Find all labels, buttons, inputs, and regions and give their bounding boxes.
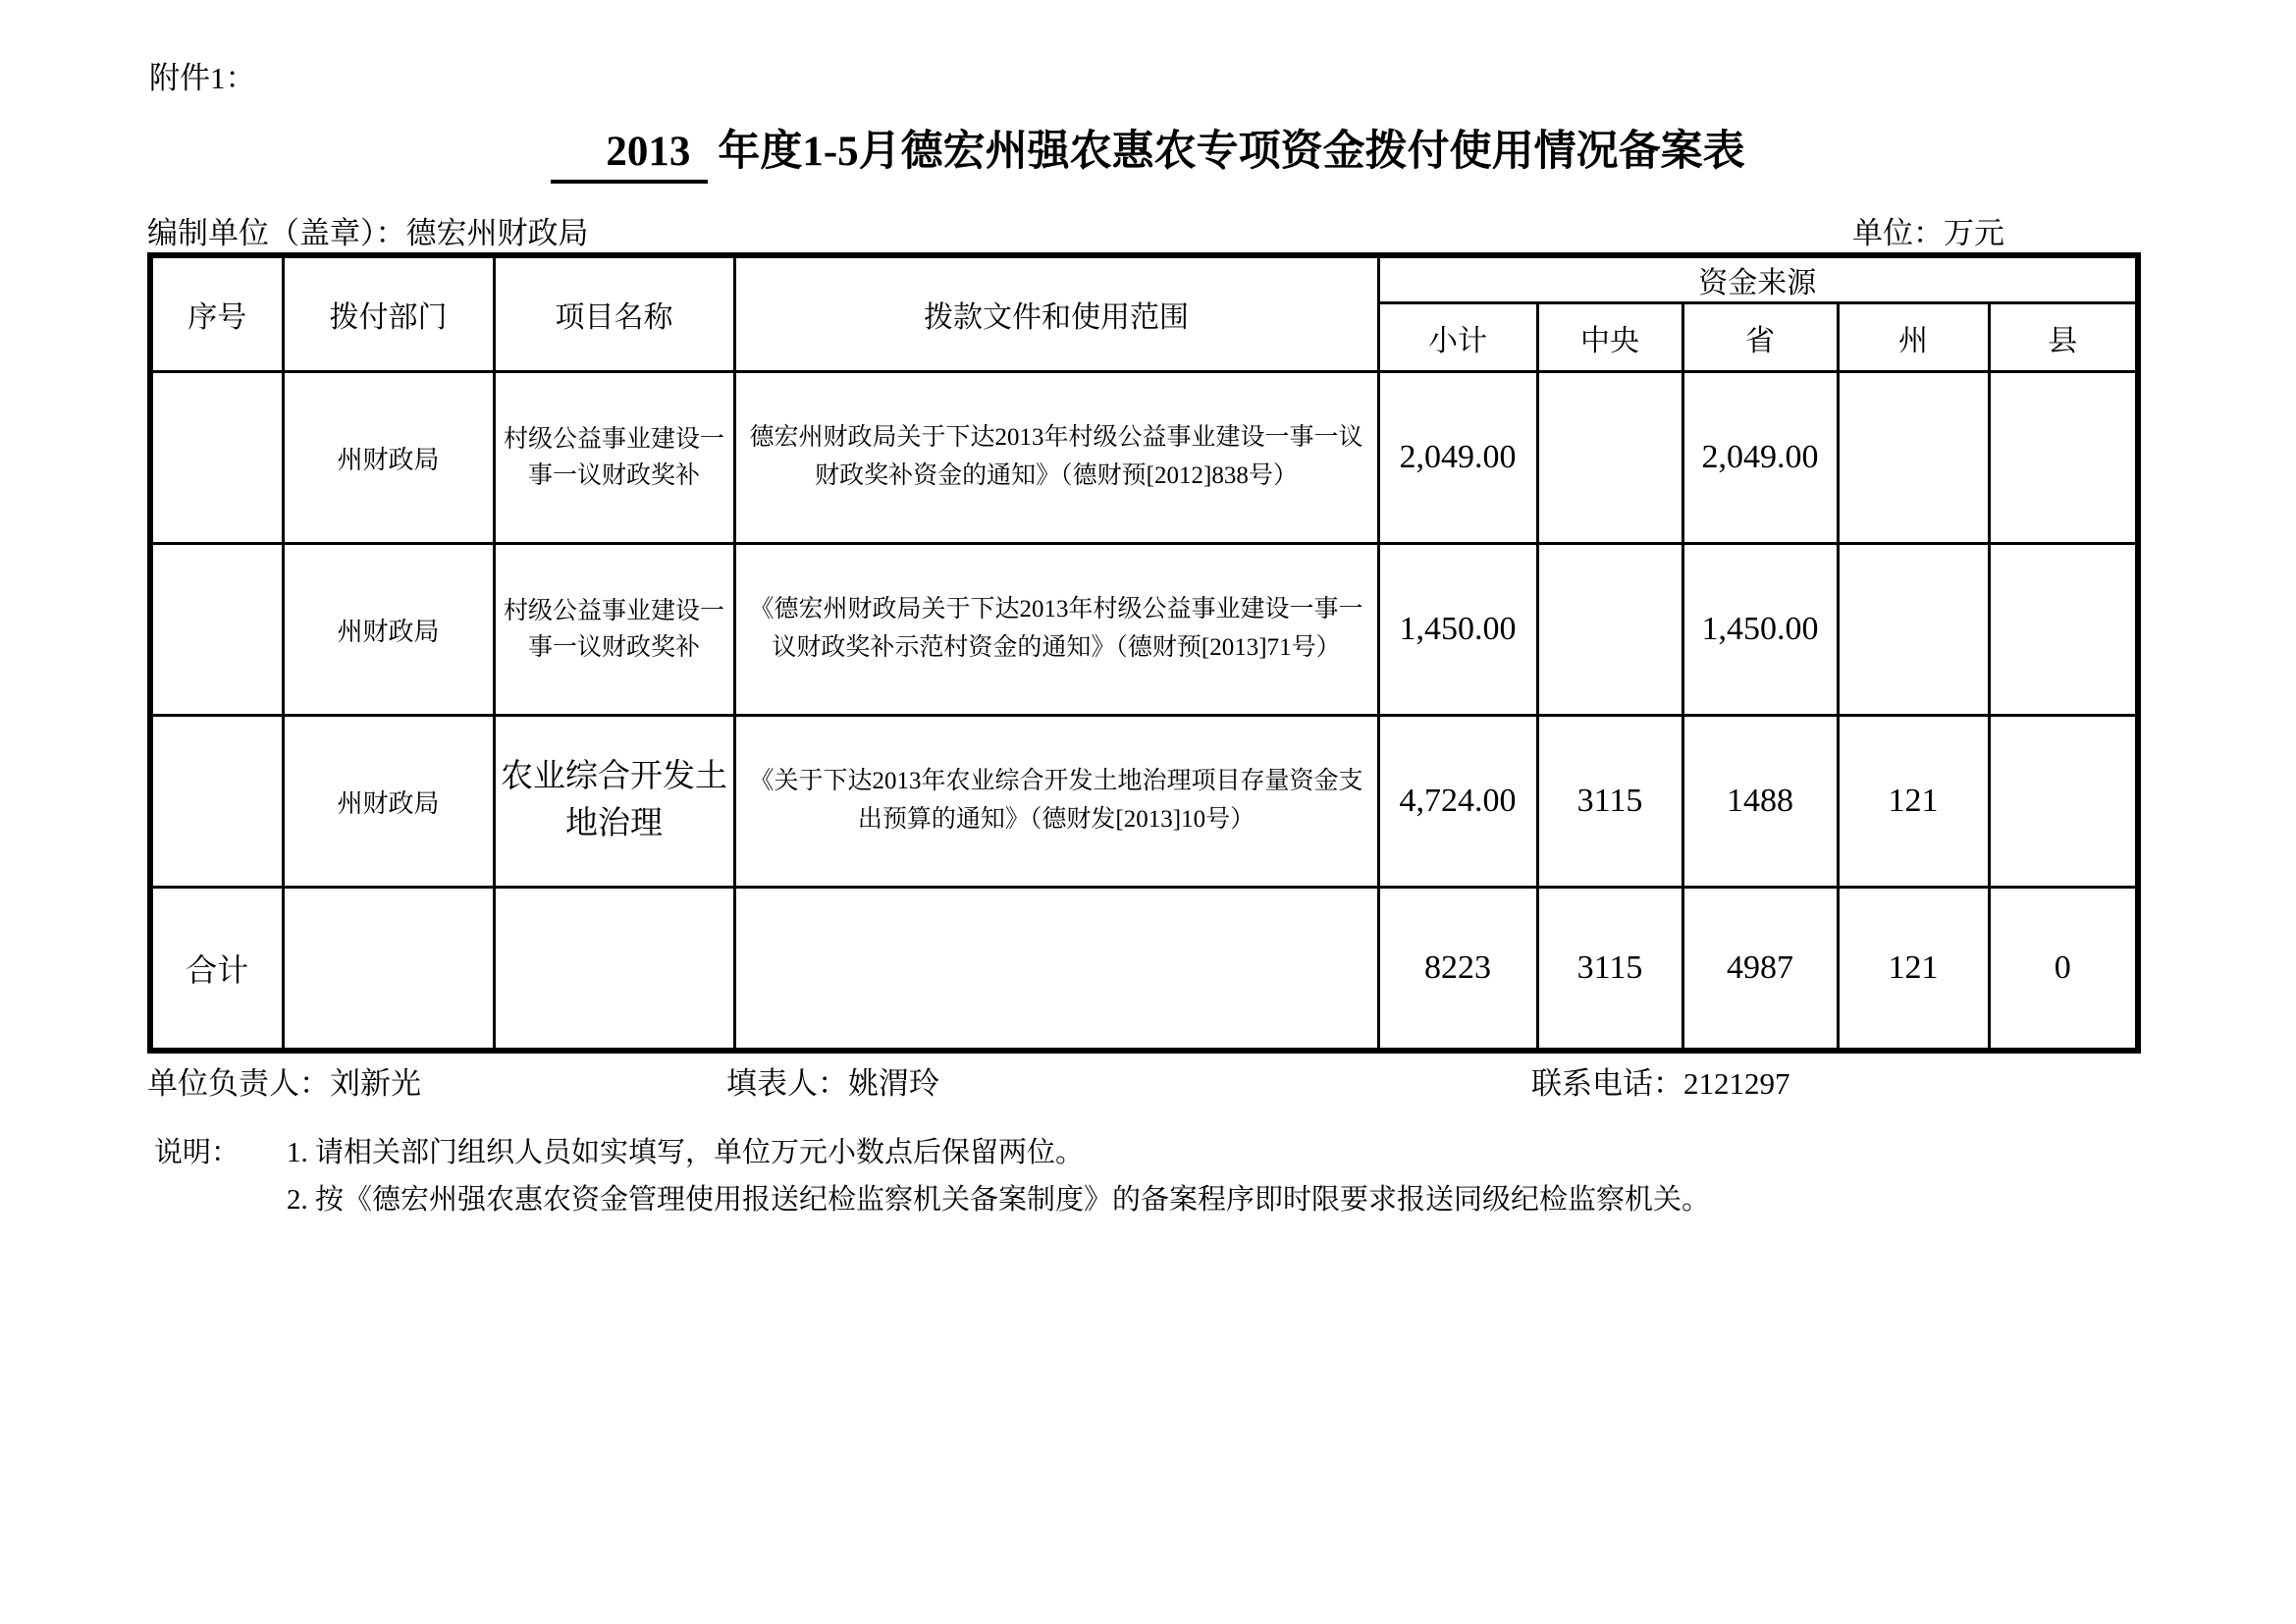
cell-province: 1,450.00 xyxy=(1682,544,1838,716)
header-dept: 拨付部门 xyxy=(283,255,494,372)
title-year: 2013 xyxy=(551,128,708,184)
cell-seq xyxy=(150,372,283,544)
cell-province: 1488 xyxy=(1682,716,1838,888)
header-document: 拨款文件和使用范围 xyxy=(734,255,1378,372)
header-fund-source: 资金来源 xyxy=(1378,255,2138,303)
cell-seq xyxy=(150,544,283,716)
table-row: 州财政局 村级公益事业建设一事一议财政奖补 《德宏州财政局关于下达2013年村级… xyxy=(150,544,2138,716)
document-page: 附件1： 2013年度1-5月德宏州强农惠农专项资金拨付使用情况备案表 编制单位… xyxy=(0,0,2296,1624)
cell-subtotal: 8223 xyxy=(1378,888,1537,1051)
cell-total-label: 合计 xyxy=(150,888,283,1051)
cell-dept: 州财政局 xyxy=(283,372,494,544)
cell-dept: 州财政局 xyxy=(283,544,494,716)
cell-project xyxy=(494,888,734,1051)
notes-items: 1. 请相关部门组织人员如实填写，单位万元小数点后保留两位。 2. 按《德宏州强… xyxy=(287,1129,2117,1223)
total-row: 合计 8223 3115 4987 121 0 xyxy=(150,888,2138,1051)
table-row: 州财政局 村级公益事业建设一事一议财政奖补 德宏州财政局关于下达2013年村级公… xyxy=(150,372,2138,544)
header-central: 中央 xyxy=(1537,303,1682,372)
cell-document: 《德宏州财政局关于下达2013年村级公益事业建设一事一议财政奖补示范村资金的通知… xyxy=(734,544,1378,716)
cell-central xyxy=(1537,372,1682,544)
responsible-person: 单位负责人：刘新光 xyxy=(147,1058,421,1103)
cell-dept: 州财政局 xyxy=(283,716,494,888)
cell-prefecture xyxy=(1838,544,1989,716)
attachment-label: 附件1： xyxy=(149,53,256,97)
header-province: 省 xyxy=(1682,303,1838,372)
cell-project: 村级公益事业建设一事一议财政奖补 xyxy=(494,544,734,716)
cell-prefecture xyxy=(1838,372,1989,544)
title-text: 年度1-5月德宏州强农惠农专项资金拨付使用情况备案表 xyxy=(718,129,1744,175)
header-seq: 序号 xyxy=(150,255,283,372)
cell-central xyxy=(1537,544,1682,716)
cell-province: 4987 xyxy=(1682,888,1838,1051)
cell-project: 村级公益事业建设一事一议财政奖补 xyxy=(494,372,734,544)
cell-document: 德宏州财政局关于下达2013年村级公益事业建设一事一议财政奖补资金的通知》（德财… xyxy=(734,372,1378,544)
notes-label: 说明： xyxy=(154,1129,287,1223)
page-title: 2013年度1-5月德宏州强农惠农专项资金拨付使用情况备案表 xyxy=(0,118,2296,184)
header-prefecture: 州 xyxy=(1838,303,1989,372)
table-row: 州财政局 农业综合开发土地治理 《关于下达2013年农业综合开发土地治理项目存量… xyxy=(150,716,2138,888)
cell-project: 农业综合开发土地治理 xyxy=(494,716,734,888)
header-county: 县 xyxy=(1989,303,2138,372)
cell-county xyxy=(1989,372,2138,544)
cell-prefecture: 121 xyxy=(1838,888,1989,1051)
cell-subtotal: 1,450.00 xyxy=(1378,544,1537,716)
cell-county xyxy=(1989,544,2138,716)
signature-row: 单位负责人：刘新光 填表人：姚渭玲 联系电话：2121297 xyxy=(147,1058,2135,1104)
cell-county xyxy=(1989,716,2138,888)
cell-seq xyxy=(150,716,283,888)
contact-phone: 联系电话：2121297 xyxy=(1531,1058,1790,1103)
cell-dept xyxy=(283,888,494,1051)
cell-subtotal: 4,724.00 xyxy=(1378,716,1537,888)
form-filler: 填表人：姚渭玲 xyxy=(726,1058,939,1103)
header-project: 项目名称 xyxy=(494,255,734,372)
unit-label: 单位：万元 xyxy=(1852,208,2004,252)
cell-prefecture: 121 xyxy=(1838,716,1989,888)
cell-document xyxy=(734,888,1378,1051)
funds-table: 序号 拨付部门 项目名称 拨款文件和使用范围 资金来源 小计 中央 省 州 县 … xyxy=(147,252,2141,1054)
cell-central: 3115 xyxy=(1537,888,1682,1051)
prepared-by-label: 编制单位（盖章）：德宏州财政局 xyxy=(147,208,589,252)
note-item: 1. 请相关部门组织人员如实填写，单位万元小数点后保留两位。 xyxy=(287,1129,2117,1176)
cell-county: 0 xyxy=(1989,888,2138,1051)
cell-province: 2,049.00 xyxy=(1682,372,1838,544)
info-row: 编制单位（盖章）：德宏州财政局 单位：万元 xyxy=(147,208,2135,252)
cell-document: 《关于下达2013年农业综合开发土地治理项目存量资金支出预算的通知》（德财发[2… xyxy=(734,716,1378,888)
header-subtotal: 小计 xyxy=(1378,303,1537,372)
note-item: 2. 按《德宏州强农惠农资金管理使用报送纪检监察机关备案制度》的备案程序即时限要… xyxy=(287,1176,2117,1223)
notes-section: 说明： 1. 请相关部门组织人员如实填写，单位万元小数点后保留两位。 2. 按《… xyxy=(154,1129,2117,1223)
cell-subtotal: 2,049.00 xyxy=(1378,372,1537,544)
cell-central: 3115 xyxy=(1537,716,1682,888)
header-row-top: 序号 拨付部门 项目名称 拨款文件和使用范围 资金来源 xyxy=(150,255,2138,303)
